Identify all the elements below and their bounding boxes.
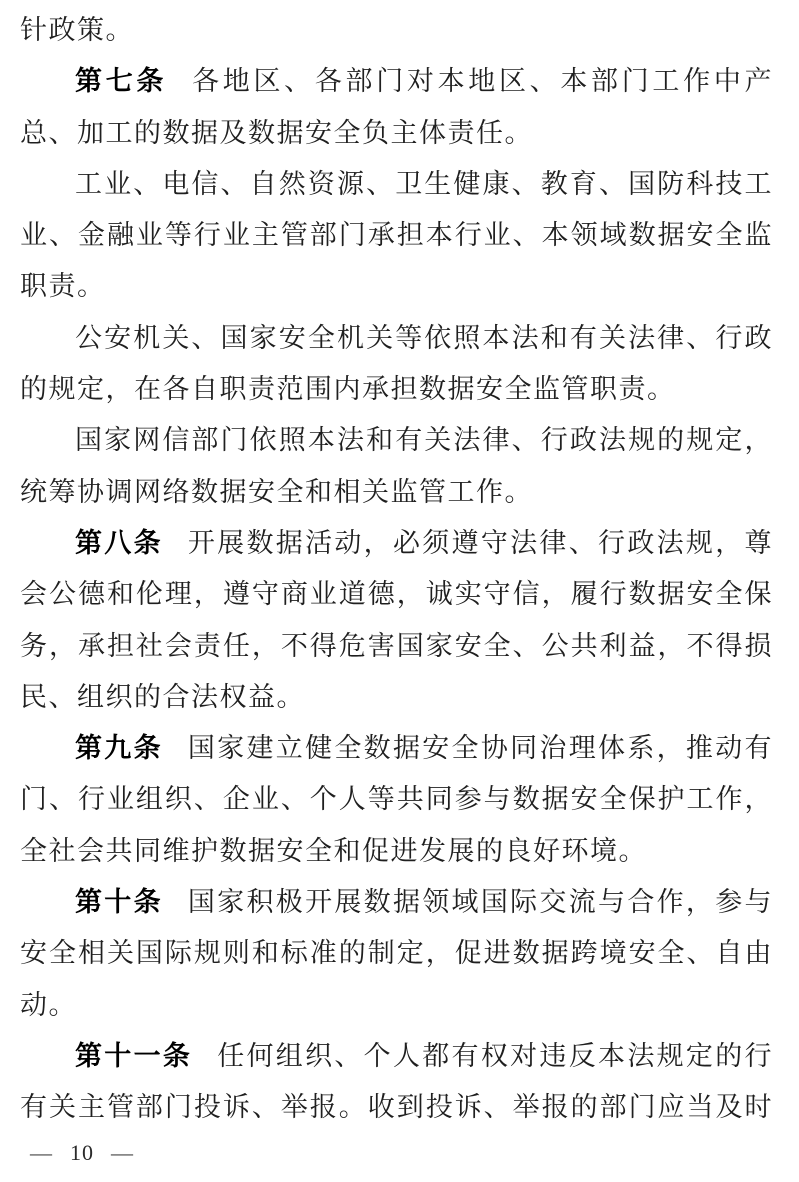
line-text: 务，承担社会责任，不得危害国家安全、公共利益，不得损害公 — [20, 631, 773, 672]
text-line: 第八条开展数据活动，必须遵守法律、行政法规，尊重社 — [20, 518, 773, 569]
page-footer: —10— — [30, 1140, 134, 1166]
line-text: 的规定，在各自职责范围内承担数据安全监管职责。 — [20, 374, 676, 404]
text-line: 第十一条任何组织、个人都有权对违反本法规定的行为向 — [20, 1031, 773, 1082]
line-text: 针政策。 — [20, 15, 134, 45]
text-line: 务，承担社会责任，不得危害国家安全、公共利益，不得损害公 — [20, 621, 773, 672]
text-line: 总、加工的数据及数据安全负主体责任。 — [20, 108, 773, 159]
line-text: 会公德和伦理，遵守商业道德，诚实守信，履行数据安全保护义 — [20, 579, 773, 620]
text-line: 职责。 — [20, 261, 773, 312]
text-line: 会公德和伦理，遵守商业道德，诚实守信，履行数据安全保护义 — [20, 569, 773, 620]
text-line: 第九条国家建立健全数据安全协同治理体系，推动有关部 — [20, 723, 773, 774]
text-line: 全社会共同维护数据安全和促进发展的良好环境。 — [20, 826, 773, 877]
text-line: 动。 — [20, 980, 773, 1031]
footer-dash-left: — — [30, 1140, 53, 1165]
text-line: 国家网信部门依照本法和有关法律、行政法规的规定，负责 — [20, 415, 773, 466]
text-line: 第七条各地区、各部门对本地区、本部门工作中产生、汇 — [20, 56, 773, 107]
page-number: 10 — [70, 1140, 94, 1166]
line-text: 安全相关国际规则和标准的制定，促进数据跨境安全、自由流 — [20, 938, 773, 979]
text-line: 针政策。 — [20, 5, 773, 56]
line-text: 门、行业组织、企业、个人等共同参与数据安全保护工作，形成 — [20, 784, 773, 825]
line-text: 国家积极开展数据领域国际交流与合作，参与数据 — [75, 887, 773, 928]
article-number: 第八条 — [75, 528, 163, 558]
text-line: 工业、电信、自然资源、卫生健康、教育、国防科技工 — [20, 159, 773, 210]
text-line: 安全相关国际规则和标准的制定，促进数据跨境安全、自由流 — [20, 928, 773, 979]
article-number: 第七条 — [75, 66, 167, 96]
article-number: 第九条 — [75, 733, 163, 763]
article-number: 第十条 — [75, 887, 163, 917]
document-page: 针政策。第七条各地区、各部门对本地区、本部门工作中产生、汇总、加工的数据及数据安… — [0, 0, 799, 1182]
text-line: 公安机关、国家安全机关等依照本法和有关法律、行政法规 — [20, 313, 773, 364]
footer-dash-right: — — [111, 1140, 134, 1165]
document-body: 针政策。第七条各地区、各部门对本地区、本部门工作中产生、汇总、加工的数据及数据安… — [20, 5, 773, 1134]
line-text: 开展数据活动，必须遵守法律、行政法规，尊重社 — [75, 528, 773, 569]
line-text: 全社会共同维护数据安全和促进发展的良好环境。 — [20, 836, 647, 866]
line-text: 职责。 — [20, 271, 106, 301]
line-text: 有关主管部门投诉、举报。收到投诉、举报的部门应当及时依法 — [20, 1092, 773, 1133]
line-text: 统筹协调网络数据安全和相关监管工作。 — [20, 477, 533, 507]
line-text: 民、组织的合法权益。 — [20, 682, 305, 712]
line-text: 动。 — [20, 990, 77, 1020]
text-line: 统筹协调网络数据安全和相关监管工作。 — [20, 467, 773, 518]
line-text: 总、加工的数据及数据安全负主体责任。 — [20, 118, 533, 148]
text-line: 的规定，在各自职责范围内承担数据安全监管职责。 — [20, 364, 773, 415]
line-text: 国家建立健全数据安全协同治理体系，推动有关部 — [75, 733, 773, 774]
line-text: 业、金融业等行业主管部门承担本行业、本领域数据安全监管 — [20, 220, 773, 261]
line-text: 工业、电信、自然资源、卫生健康、教育、国防科技工 — [75, 169, 773, 199]
text-line: 有关主管部门投诉、举报。收到投诉、举报的部门应当及时依法 — [20, 1082, 773, 1133]
text-line: 民、组织的合法权益。 — [20, 672, 773, 723]
text-line: 业、金融业等行业主管部门承担本行业、本领域数据安全监管 — [20, 210, 773, 261]
text-line: 第十条国家积极开展数据领域国际交流与合作，参与数据 — [20, 877, 773, 928]
text-line: 门、行业组织、企业、个人等共同参与数据安全保护工作，形成 — [20, 774, 773, 825]
line-text: 国家网信部门依照本法和有关法律、行政法规的规定，负责 — [75, 425, 773, 466]
line-text: 公安机关、国家安全机关等依照本法和有关法律、行政法规 — [75, 323, 773, 364]
article-number: 第十一条 — [75, 1041, 192, 1071]
line-text: 各地区、各部门对本地区、本部门工作中产生、汇 — [75, 66, 773, 107]
